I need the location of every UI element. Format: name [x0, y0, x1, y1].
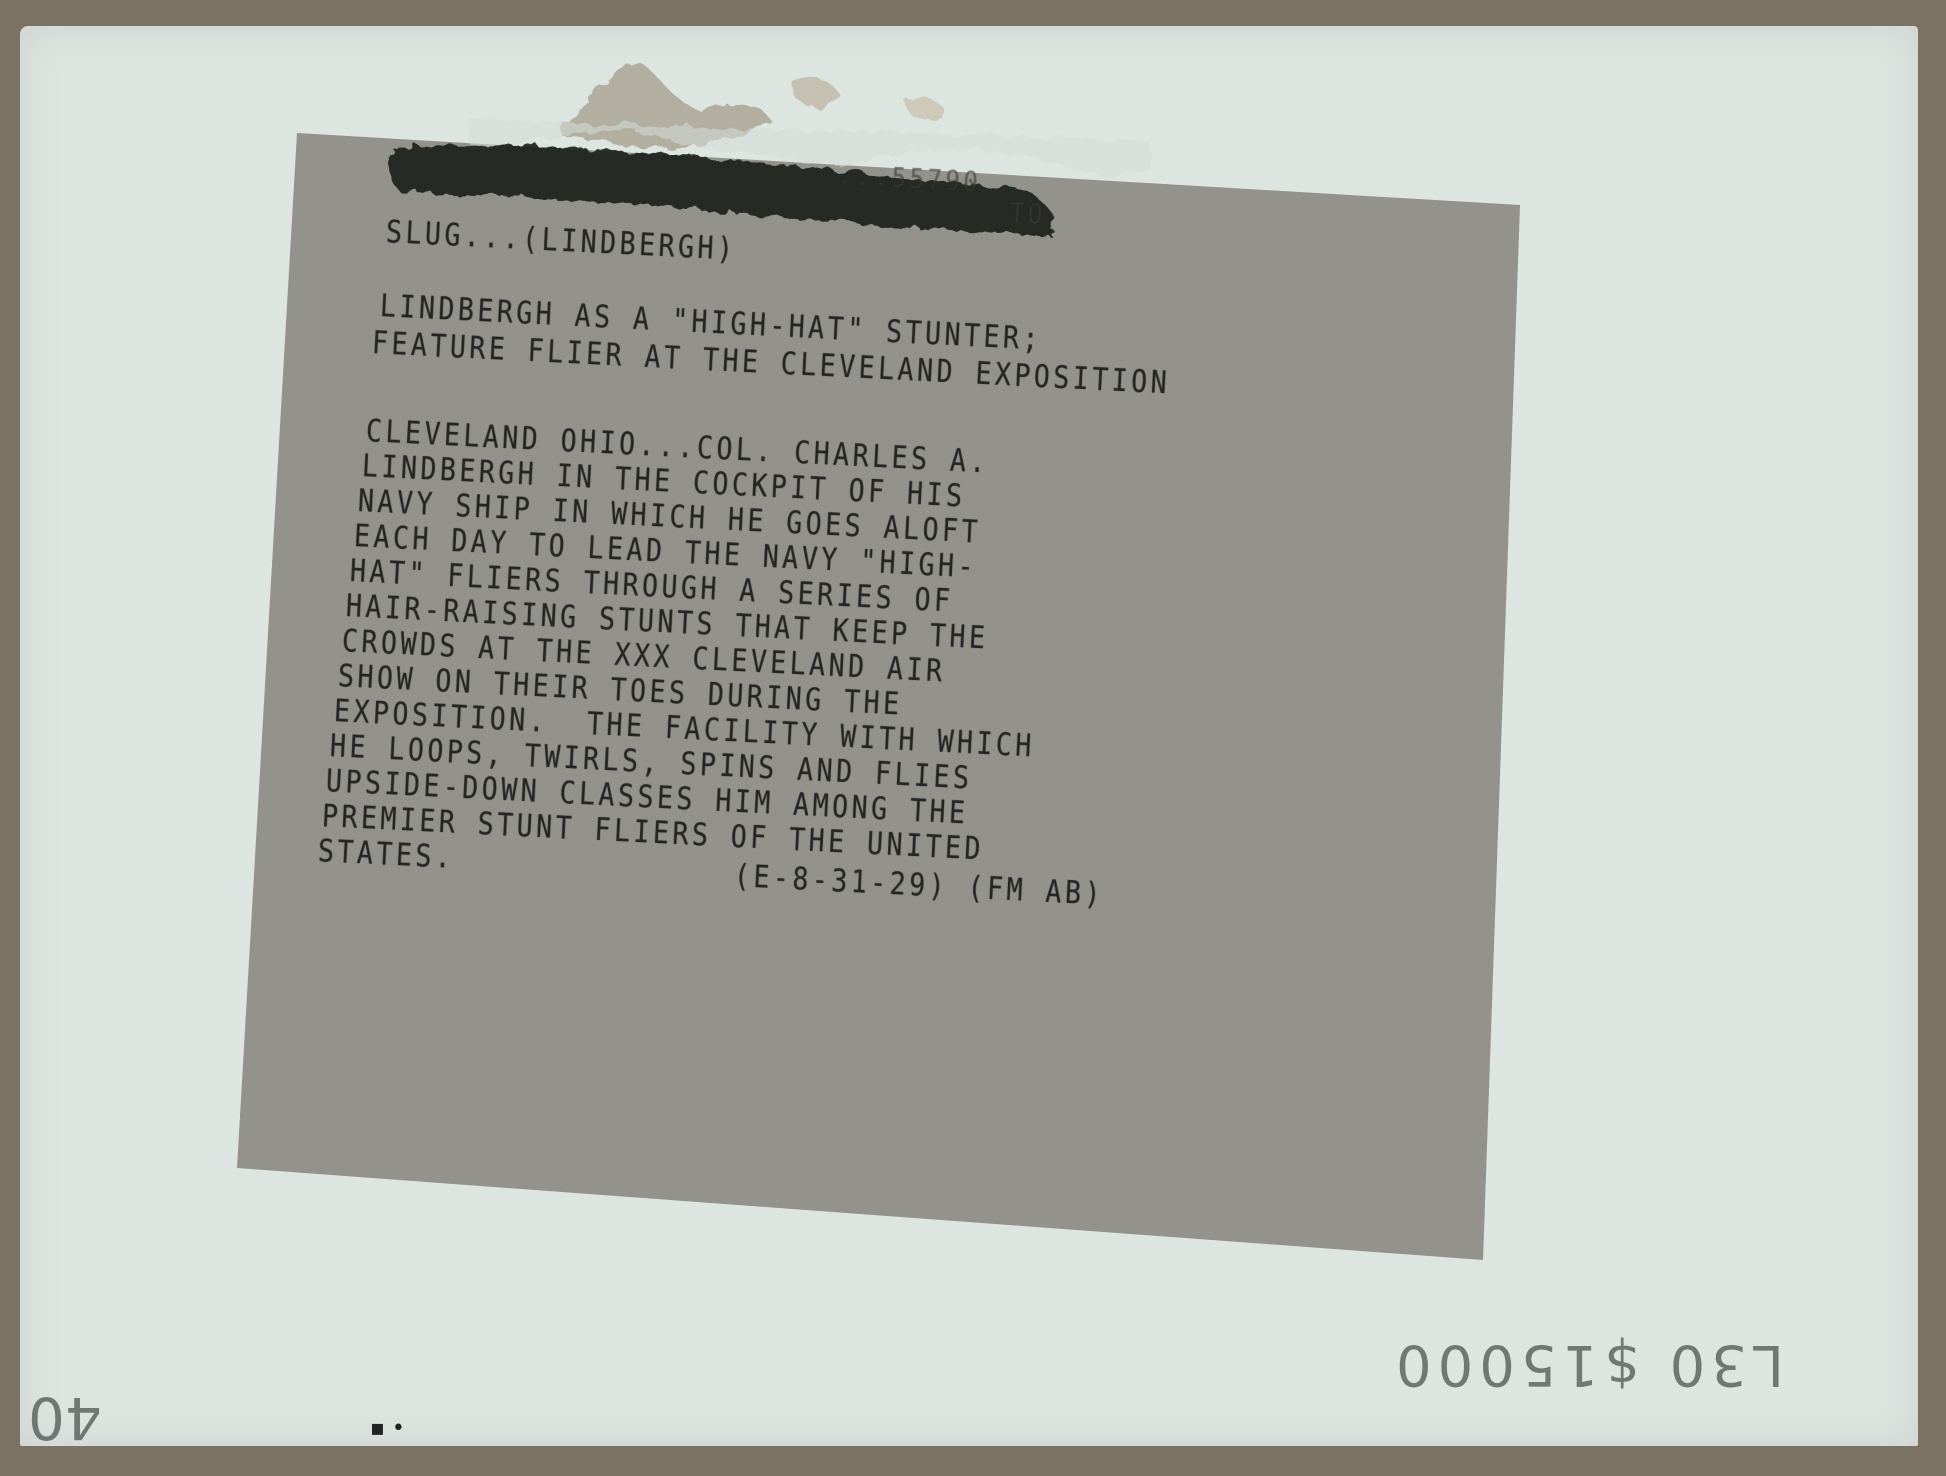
stain-and-label-layer — [0, 0, 1946, 1476]
handwritten-inventory-code: L30 $15000 — [1390, 1332, 1784, 1397]
ink-dots: ▪ • — [370, 1416, 405, 1441]
handwritten-number: 40 — [28, 1384, 102, 1452]
